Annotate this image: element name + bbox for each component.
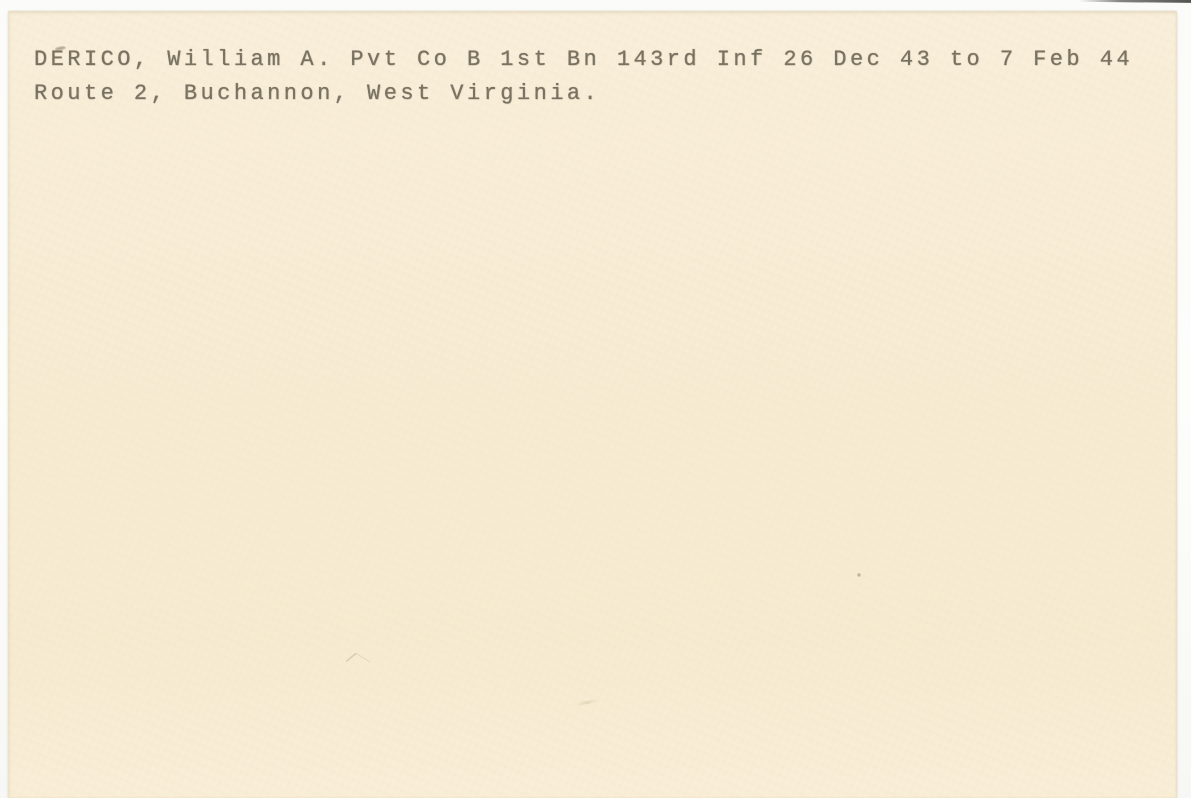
paper-speck [857, 573, 861, 577]
paper-crease-mark [345, 652, 371, 670]
scan-background: DERICO, William A. Pvt Co B 1st Bn 143rd… [0, 0, 1191, 798]
index-card: DERICO, William A. Pvt Co B 1st Bn 143rd… [8, 11, 1177, 798]
typewritten-text-block: DERICO, William A. Pvt Co B 1st Bn 143rd… [34, 43, 1154, 111]
typed-line-address: Route 2, Buchannon, West Virginia. [34, 77, 1154, 111]
scanner-edge-shadow [1079, 0, 1191, 3]
paper-crease-faint [574, 698, 600, 706]
typed-line-service-record: DERICO, William A. Pvt Co B 1st Bn 143rd… [34, 43, 1154, 77]
